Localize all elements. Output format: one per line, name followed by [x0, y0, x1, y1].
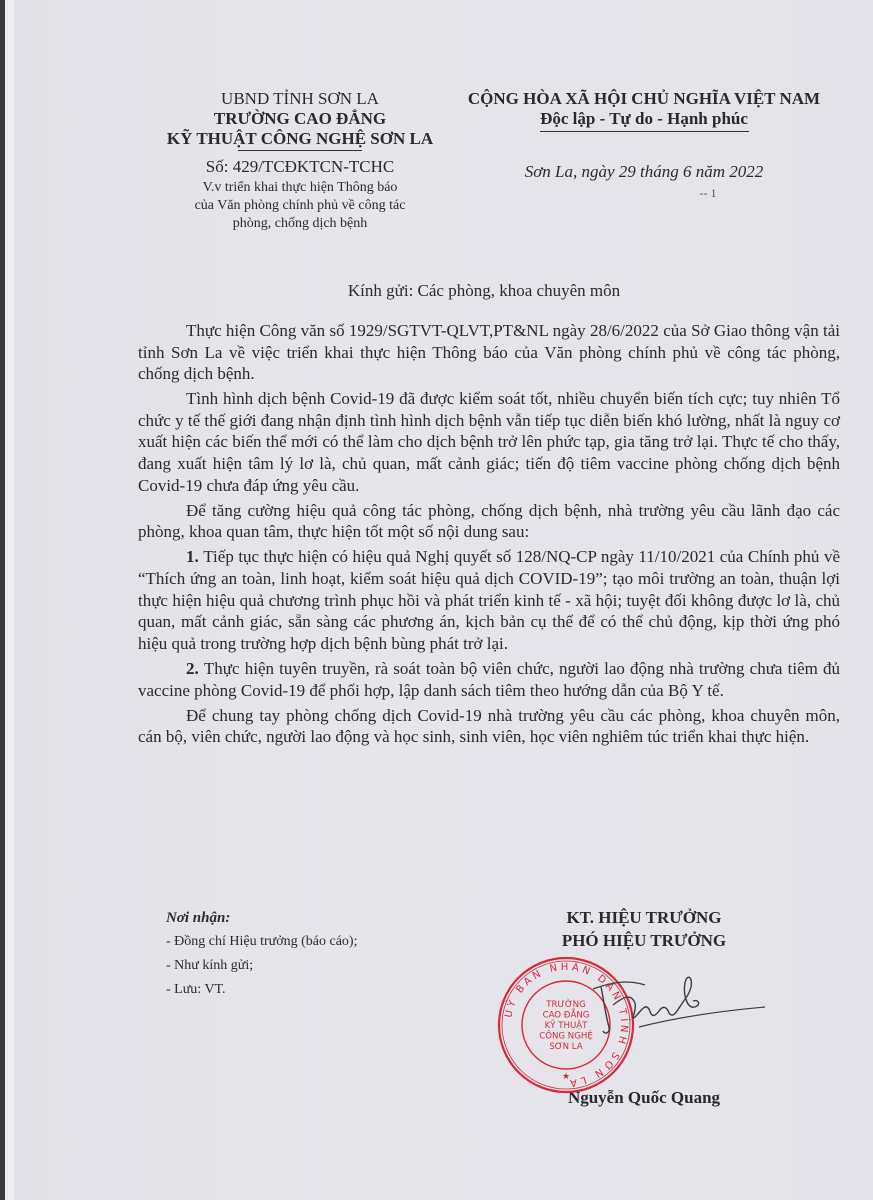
subject-line: của Văn phòng chính phủ về công tác	[150, 197, 450, 215]
svg-text:★: ★	[562, 1071, 570, 1081]
recipient-item: - Như kính gửi;	[166, 954, 466, 978]
paragraph-text: Để chung tay phòng chống dịch Covid-19 n…	[138, 706, 840, 747]
national-header: CỘNG HÒA XÃ HỘI CHỦ NGHĨA VIỆT NAM Độc l…	[444, 88, 844, 201]
paragraph-text: Tình hình dịch bệnh Covid-19 đã được kiể…	[138, 389, 840, 494]
signer-title-2: PHÓ HIỆU TRƯỞNG	[514, 929, 774, 952]
body-paragraph: Để tăng cường hiệu quả công tác phòng, c…	[138, 500, 840, 543]
document-body: Thực hiện Công văn số 1929/SGTVT-QLVT,PT…	[138, 320, 840, 751]
header-divider	[238, 150, 362, 151]
handwritten-signature-icon	[579, 965, 769, 1045]
signer-title-1: KT. HIỆU TRƯỞNG	[514, 906, 774, 929]
document-number: Số: 429/TCĐKTCN-TCHC	[150, 157, 450, 177]
body-paragraph: Tình hình dịch bệnh Covid-19 đã được kiể…	[138, 388, 840, 496]
body-paragraph: Thực hiện Công văn số 1929/SGTVT-QLVT,PT…	[138, 320, 840, 385]
body-paragraph: 2. Thực hiện tuyên truyền, rà soát toàn …	[138, 658, 840, 701]
recipient-item: - Lưu: VT.	[166, 978, 466, 1002]
motto-divider	[540, 131, 749, 132]
paragraph-text: Tiếp tục thực hiện có hiệu quả Nghị quyế…	[138, 547, 840, 652]
issuer-header: UBND TỈNH SƠN LA TRƯỜNG CAO ĐẲNG KỸ THUẬ…	[150, 88, 450, 233]
school-name-line2: KỸ THUẬT CÔNG NGHỆ SƠN LA	[150, 129, 450, 149]
recipients-block: Nơi nhận: - Đồng chí Hiệu trưởng (báo cá…	[166, 906, 466, 1002]
document-page: UBND TỈNH SƠN LA TRƯỜNG CAO ĐẲNG KỸ THUẬ…	[14, 0, 873, 1200]
svg-text:SƠN LA: SƠN LA	[549, 1042, 582, 1052]
paragraph-text: Để tăng cường hiệu quả công tác phòng, c…	[138, 501, 840, 542]
item-number: 2.	[186, 659, 204, 678]
place-date: Sơn La, ngày 29 tháng 6 năm 2022	[444, 162, 844, 182]
recipients-title: Nơi nhận:	[166, 906, 466, 930]
body-paragraph: Để chung tay phòng chống dịch Covid-19 n…	[138, 705, 840, 748]
school-name-line1: TRƯỜNG CAO ĐẲNG	[150, 109, 450, 129]
recipient-line: Kính gửi: Các phòng, khoa chuyên môn	[124, 281, 844, 301]
handwritten-mark: -- 1	[444, 186, 844, 201]
authority-name: UBND TỈNH SƠN LA	[150, 88, 450, 109]
document-subject: V.v triển khai thực hiện Thông báo của V…	[150, 179, 450, 233]
recipient-item: - Đồng chí Hiệu trưởng (báo cáo);	[166, 930, 466, 954]
paragraph-text: Thực hiện tuyên truyền, rà soát toàn bộ …	[138, 659, 840, 700]
subject-line: V.v triển khai thực hiện Thông báo	[150, 179, 450, 197]
paragraph-text: Thực hiện Công văn số 1929/SGTVT-QLVT,PT…	[138, 321, 840, 383]
national-motto: Độc lập - Tự do - Hạnh phúc	[444, 109, 844, 129]
body-paragraph: 1. Tiếp tục thực hiện có hiệu quả Nghị q…	[138, 546, 840, 654]
nation-title: CỘNG HÒA XÃ HỘI CHỦ NGHĨA VIỆT NAM	[444, 88, 844, 109]
subject-line: phòng, chống dịch bệnh	[150, 215, 450, 233]
scan-edge-light	[5, 0, 14, 1200]
item-number: 1.	[186, 547, 203, 566]
